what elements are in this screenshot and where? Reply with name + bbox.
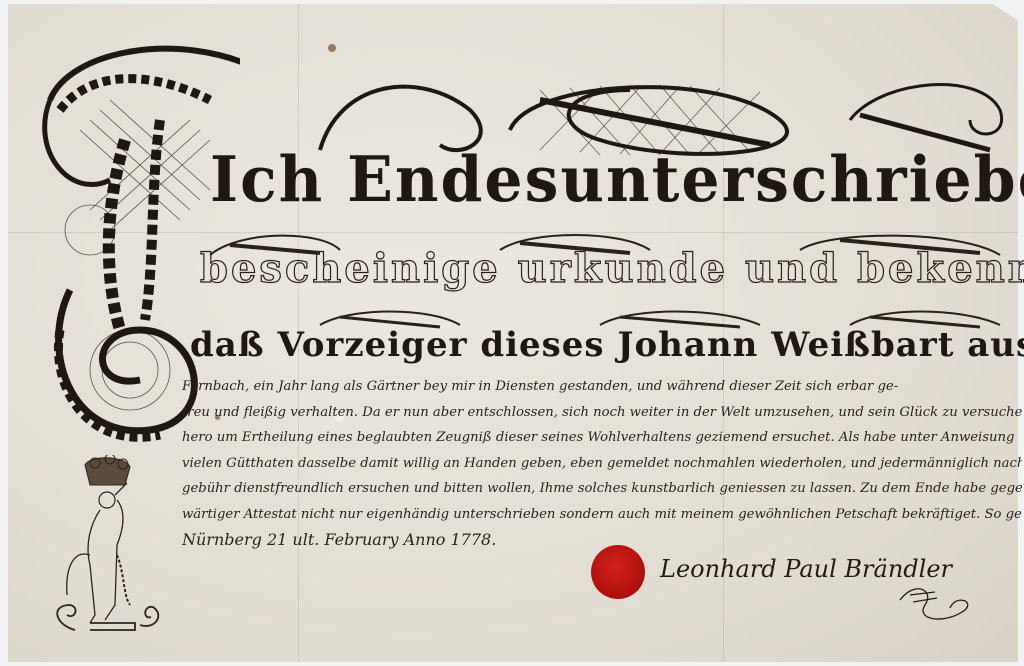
body-line: hero um Ertheilung eines beglaubten Zeug… (182, 425, 1022, 451)
wax-seal-icon (591, 545, 645, 599)
ink-stain (328, 44, 336, 52)
document-body: Farnbach, ein Jahr lang als Gärtner bey … (182, 374, 1022, 553)
document-subline: bescheinige urkunde und bekenne hiermit (200, 245, 1024, 292)
body-line: treu und fleißig verhalten. Da er nun ab… (182, 400, 1022, 426)
document-name-line: daß Vorzeiger dieses Johann Weißbart aus… (190, 325, 1024, 365)
paraph-flourish-icon (895, 580, 975, 625)
document-headline: Ich Endesunterschriebener (210, 149, 1024, 212)
body-line: Farnbach, ein Jahr lang als Gärtner bey … (182, 374, 1022, 400)
putto-figure-icon (45, 455, 170, 645)
body-line: vielen Gütthaten dasselbe damit willig a… (182, 451, 1022, 477)
body-line: gebühr dienstfreundlich ersuchen und bit… (182, 476, 1022, 502)
signature: Leonhard Paul Brändler (660, 555, 952, 583)
body-line: wärtiger Attestat nicht nur eigenhändig … (182, 502, 1022, 528)
